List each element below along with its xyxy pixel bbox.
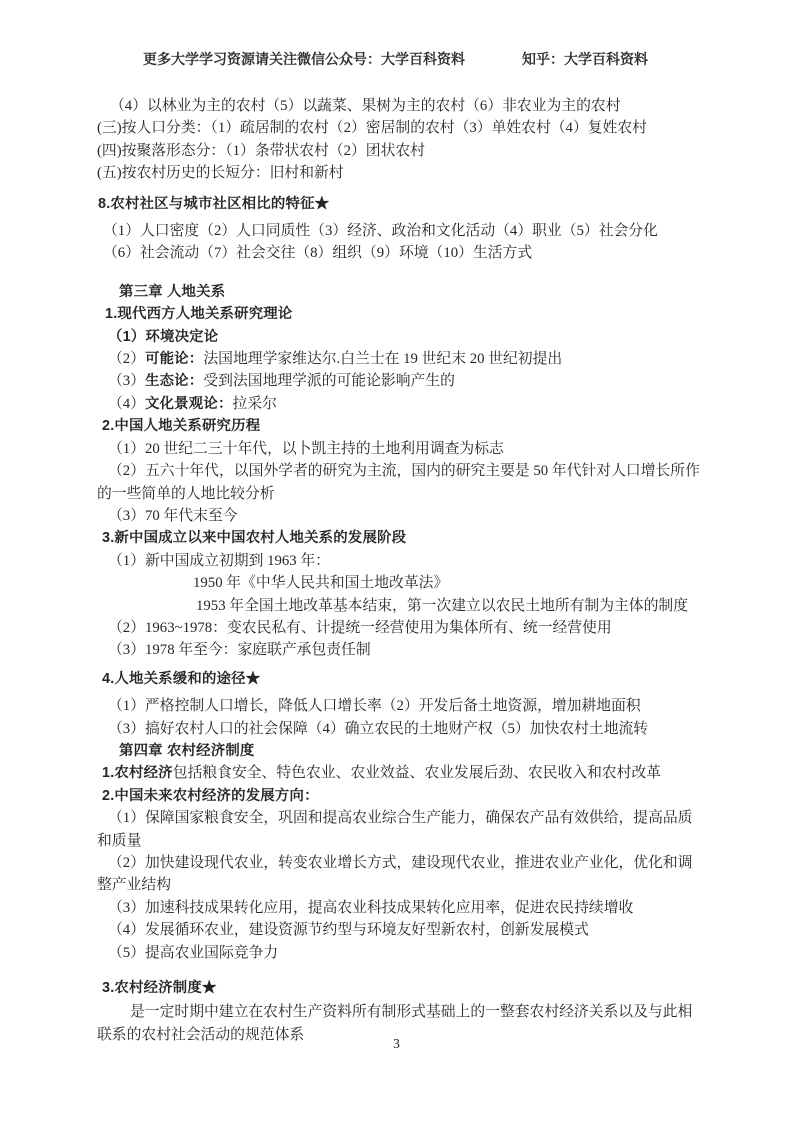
text-segment: （3）70 年代末至今 — [108, 508, 237, 524]
direction-2: （2）加快建设现代农业，转变农业增长方式，建设现代农业，推进农业产业化，优化和调 — [97, 852, 747, 874]
heading-rural-vs-urban-features: 8.农村社区与城市社区相比的特征★ — [97, 193, 747, 215]
bold-text-segment: 第四章 农村经济制度 — [119, 743, 255, 759]
text-segment: （3） — [108, 373, 145, 389]
approaches-3-5: （3）搞好农村人口的社会保障（4）确立农民的土地财产权（5）加快农村土地流转 — [97, 718, 747, 740]
bold-text-segment: 2.中国人地关系研究历程 — [102, 418, 260, 434]
text-segment: （2） — [108, 351, 145, 367]
text-segment: 1950 年《中华人民共和国土地改革法》 — [193, 575, 448, 591]
bold-text-segment: 文化景观论： — [145, 396, 233, 412]
document-body: （4）以林业为主的农村（5）以蔬菜、果树为主的农村（6）非农业为主的农村(三)按… — [97, 95, 747, 1046]
heading-china-research-history: 2.中国人地关系研究历程 — [97, 415, 747, 437]
bold-text-segment: 8.农村社区与城市社区相比的特征★ — [98, 196, 329, 212]
text-segment: 是一定时期中建立在农村生产资料所有制形式基础上的一整套农村经济关系以及与此相 — [130, 1004, 692, 1020]
item-ecology-theory: （3）生态论：受到法国地理学派的可能论影响产生的 — [97, 370, 747, 392]
text-segment: 整产业结构 — [97, 877, 171, 893]
text-segment: （1）新中国成立初期到 1963 年： — [108, 553, 330, 569]
text-segment: （4）以林业为主的农村（5）以蔬菜、果树为主的农村（6）非农业为主的农村 — [110, 98, 621, 114]
item-50s-60s: （2）五六十年代，以国外学者的研究为主流，国内的研究主要是 50 年代针对人口增… — [97, 460, 747, 482]
item-50s-60s-cont: 的一些简单的人地比较分析 — [97, 483, 747, 505]
text-segment: （1）保障国家粮食安全，巩固和提高农业综合生产能力，确保农产品有效供给，提高品质 — [108, 810, 692, 826]
features-list-6-10: （6）社会流动（7）社会交往（8）组织（9）环境（10）生活方式 — [97, 242, 747, 264]
direction-2-cont: 整产业结构 — [97, 874, 747, 896]
heading-relief-approaches: 4.人地关系缓和的途径★ — [97, 668, 747, 690]
bold-text-segment: 1.现代西方人地关系研究理论 — [105, 306, 293, 322]
text-segment: 的一些简单的人地比较分析 — [97, 486, 275, 502]
direction-5: （5）提高农业国际竞争力 — [97, 942, 747, 964]
text-segment: (四)按聚落形态分：（1）条带状农村（2）团状农村 — [97, 143, 425, 159]
heading-rural-economic-system: 3.农村经济制度★ — [97, 977, 747, 999]
text-segment: 法国地理学家维达尔.白兰士在 19 世纪末 20 世纪初提出 — [203, 351, 562, 367]
stage-1-1953: 1953 年全国土地改革基本结束，第一次建立以农民土地所有制为主体的制度 — [97, 595, 747, 617]
text-segment: 拉采尔 — [233, 396, 277, 412]
item-cultural-landscape: （4）文化景观论：拉采尔 — [97, 393, 747, 415]
direction-4: （4）发展循环农业，建设资源节约型与环境友好型新农村，创新发展模式 — [97, 919, 747, 941]
header-zhihu-note: 知乎：大学百科资料 — [522, 51, 648, 71]
text-segment: （6）社会流动（7）社会交往（8）组织（9）环境（10）生活方式 — [103, 245, 532, 261]
item-1920s-30s: （1）20 世纪二三十年代，以卜凯主持的土地利用调查为标志 — [97, 438, 747, 460]
text-segment: （1）人口密度（2）人口同质性（3）经济、政治和文化活动（4）职业（5）社会分化 — [103, 223, 658, 239]
classification-by-population: (三)按人口分类：（1）疏居制的农村（2）密居制的农村（3）单姓农村（4）复姓农… — [97, 117, 747, 139]
stage-1-intro: （1）新中国成立初期到 1963 年： — [97, 550, 747, 572]
text-segment: （3）搞好农村人口的社会保障（4）确立农民的土地财产权（5）加快农村土地流转 — [108, 721, 648, 737]
bold-text-segment: 3.新中国成立以来中国农村人地关系的发展阶段 — [102, 530, 406, 546]
text-segment: （2）1963~1978：变农民私有、计提统一经营使用为集体所有、统一经营使用 — [108, 620, 612, 636]
stage-3-since-1978: （3）1978 年至今：家庭联产承包责任制 — [97, 639, 747, 661]
approaches-1-2: （1）严格控制人口增长，降低人口增长率（2）开发后备土地资源，增加耕地面积 — [97, 695, 747, 717]
chapter-3-title: 第三章 人地关系 — [97, 281, 747, 303]
text-segment: 和质量 — [97, 833, 141, 849]
text-segment: 受到法国地理学派的可能论影响产生的 — [203, 373, 455, 389]
rural-economy-definition: 1.农村经济包括粮食安全、特色农业、农业效益、农业发展后劲、农民收入和农村改革 — [97, 762, 747, 784]
features-list-1-5: （1）人口密度（2）人口同质性（3）经济、政治和文化活动（4）职业（5）社会分化 — [97, 220, 747, 242]
classification-agriculture-types: （4）以林业为主的农村（5）以蔬菜、果树为主的农村（6）非农业为主的农村 — [97, 95, 747, 117]
text-segment: （4）发展循环农业，建设资源节约型与环境友好型新农村，创新发展模式 — [108, 922, 589, 938]
item-environment-determinism: （1）环境决定论 — [97, 326, 747, 348]
text-segment: （5）提高农业国际竞争力 — [108, 945, 278, 961]
item-since-70s: （3）70 年代末至今 — [97, 505, 747, 527]
bold-text-segment: 1.农村经济 — [102, 765, 173, 781]
text-segment: （1）20 世纪二三十年代，以卜凯主持的土地利用调查为标志 — [108, 441, 504, 457]
bold-text-segment: （1）环境决定论 — [108, 329, 218, 345]
text-segment: （4） — [108, 396, 145, 412]
bold-text-segment: 4.人地关系缓和的途径★ — [102, 671, 260, 687]
bold-text-segment: 2.中国未来农村经济的发展方向： — [102, 788, 319, 804]
text-segment: 包括粮食安全、特色农业、农业效益、农业发展后劲、农民收入和农村改革 — [173, 765, 661, 781]
definition-line-1: 是一定时期中建立在农村生产资料所有制形式基础上的一整套农村经济关系以及与此相 — [97, 1001, 747, 1023]
direction-1-cont: 和质量 — [97, 830, 747, 852]
text-segment: (三)按人口分类：（1）疏居制的农村（2）密居制的农村（3）单姓农村（4）复姓农… — [97, 120, 647, 136]
classification-by-settlement-form: (四)按聚落形态分：（1）条带状农村（2）团状农村 — [97, 140, 747, 162]
text-segment: （2）加快建设现代农业，转变农业增长方式，建设现代农业，推进农业产业化，优化和调 — [108, 855, 692, 871]
text-segment: （2）五六十年代，以国外学者的研究为主流，国内的研究主要是 50 年代针对人口增… — [108, 463, 700, 479]
text-segment: （3）1978 年至今：家庭联产承包责任制 — [108, 642, 371, 658]
header-wechat-note: 更多大学学习资源请关注微信公众号：大学百科资料 — [143, 51, 465, 71]
page-footer: 3 — [0, 1036, 793, 1052]
page-header: 更多大学学习资源请关注微信公众号：大学百科资料 知乎：大学百科资料 — [143, 51, 648, 71]
direction-3: （3）加速科技成果转化应用，提高农业科技成果转化应用率，促进农民持续增收 — [97, 897, 747, 919]
item-possibilism: （2）可能论：法国地理学家维达尔.白兰士在 19 世纪末 20 世纪初提出 — [97, 348, 747, 370]
heading-western-theories: 1.现代西方人地关系研究理论 — [97, 303, 747, 325]
direction-1: （1）保障国家粮食安全，巩固和提高农业综合生产能力，确保农产品有效供给，提高品质 — [97, 807, 747, 829]
text-segment: (五)按农村历史的长短分：旧村和新村 — [97, 165, 344, 181]
bold-text-segment: 生态论： — [145, 373, 203, 389]
heading-development-stages: 3.新中国成立以来中国农村人地关系的发展阶段 — [97, 527, 747, 549]
text-segment: （3）加速科技成果转化应用，提高农业科技成果转化应用率，促进农民持续增收 — [108, 900, 633, 916]
chapter-4-title: 第四章 农村经济制度 — [97, 740, 747, 762]
bold-text-segment: 3.农村经济制度★ — [102, 980, 217, 996]
bold-text-segment: 第三章 人地关系 — [119, 284, 225, 300]
page-number: 3 — [393, 1036, 400, 1051]
bold-text-segment: 可能论： — [145, 351, 203, 367]
text-segment: 1953 年全国土地改革基本结束，第一次建立以农民土地所有制为主体的制度 — [196, 598, 688, 614]
text-segment: （1）严格控制人口增长，降低人口增长率（2）开发后备土地资源，增加耕地面积 — [108, 698, 641, 714]
stage-1-1950: 1950 年《中华人民共和国土地改革法》 — [97, 572, 747, 594]
classification-by-history: (五)按农村历史的长短分：旧村和新村 — [97, 162, 747, 184]
heading-future-directions: 2.中国未来农村经济的发展方向： — [97, 785, 747, 807]
stage-2-1963-1978: （2）1963~1978：变农民私有、计提统一经营使用为集体所有、统一经营使用 — [97, 617, 747, 639]
